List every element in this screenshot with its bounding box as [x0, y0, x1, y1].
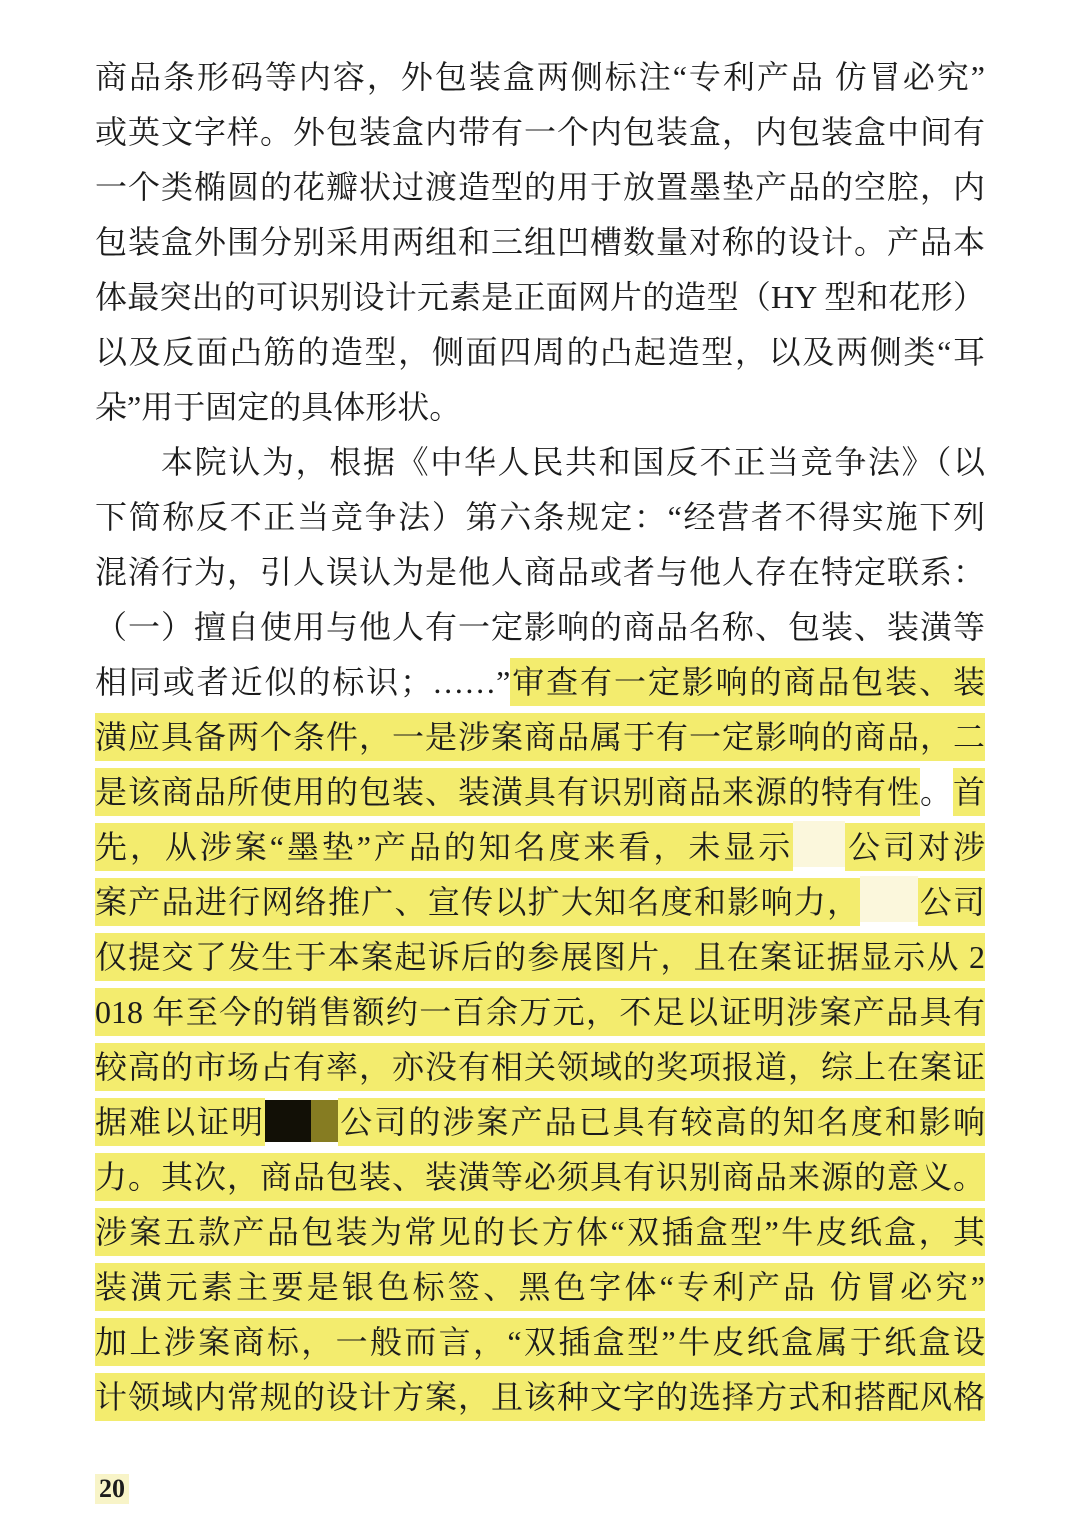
text-line: 商品条形码等内容，外包装盒两侧标注“专利产品 仿冒必究” — [95, 50, 985, 105]
highlighted-text: 公司的涉案产品已具有较高的知名度和影响 — [338, 1098, 985, 1146]
body-text: 混淆行为，引人误认为是他人商品或者与他人存在特定联系： — [95, 554, 985, 590]
body-text: 。 — [920, 774, 953, 810]
text-line: 较高的市场占有率，亦没有相关领域的奖项报道，综上在案证 — [95, 1040, 985, 1095]
highlighted-text: 装潢元素主要是银色标签、黑色字体“专利产品 仿冒必究” — [95, 1263, 985, 1311]
highlighted-text: 较高的市场占有率，亦没有相关领域的奖项报道，综上在案证 — [95, 1043, 985, 1091]
highlighted-text: 力。其次，商品包装、装潢等必须具有识别商品来源的意义。 — [95, 1153, 985, 1201]
highlighted-text: 案产品进行网络推广、宣传以扩大知名度和影响力， — [95, 878, 860, 926]
text-line: 仅提交了发生于本案起诉后的参展图片，且在案证据显示从 2 — [95, 930, 985, 985]
text-line: 力。其次，商品包装、装潢等必须具有识别商品来源的意义。 — [95, 1150, 985, 1205]
highlighted-text: 加上涉案商标，一般而言，“双插盒型”牛皮纸盒属于纸盒设 — [95, 1318, 985, 1366]
body-text: 体最突出的可识别设计元素是正面网片的造型（HY 型和花形） — [95, 279, 985, 315]
body-text: （一）擅自使用与他人有一定影响的商品名称、包装、装潢等 — [95, 609, 985, 645]
text-line: 涉案五款产品包装为常见的长方体“双插盒型”牛皮纸盒，其 — [95, 1205, 985, 1260]
redaction-box-pale — [793, 821, 845, 867]
redaction-box-olive — [311, 1100, 338, 1142]
text-line: 案产品进行网络推广、宣传以扩大知名度和影响力，公司 — [95, 875, 985, 930]
highlighted-text: 018 年至今的销售额约一百余万元，不足以证明涉案产品具有 — [95, 988, 985, 1036]
redaction-box-pale — [860, 876, 918, 922]
body-text: 相同或者近似的标识；……” — [95, 664, 510, 700]
body-text: 本院认为，根据《中华人民共和国反不正当竞争法》（以 — [161, 444, 985, 480]
text-line: 装潢元素主要是银色标签、黑色字体“专利产品 仿冒必究” — [95, 1260, 985, 1315]
highlighted-text: 潢应具备两个条件，一是涉案商品属于有一定影响的商品，二 — [95, 713, 985, 761]
highlighted-text: 是该商品所使用的包装、装潢具有识别商品来源的特有性 — [95, 768, 920, 816]
text-line: 相同或者近似的标识；……”审查有一定影响的商品包装、装 — [95, 655, 985, 710]
document-body: 商品条形码等内容，外包装盒两侧标注“专利产品 仿冒必究”或英文字样。外包装盒内带… — [95, 50, 985, 1425]
highlighted-text: 先，从涉案“墨垫”产品的知名度来看，未显示 — [95, 823, 793, 871]
highlighted-text: 仅提交了发生于本案起诉后的参展图片，且在案证据显示从 2 — [95, 933, 985, 981]
highlighted-text: 计领域内常规的设计方案，且该种文字的选择方式和搭配风格 — [95, 1373, 985, 1421]
body-text: 商品条形码等内容，外包装盒两侧标注“专利产品 仿冒必究” — [95, 59, 985, 95]
text-line: 据难以证明公司的涉案产品已具有较高的知名度和影响 — [95, 1095, 985, 1150]
highlighted-text: 据难以证明 — [95, 1098, 265, 1146]
body-text: 以及反面凸筋的造型，侧面四周的凸起造型，以及两侧类“耳 — [95, 334, 985, 370]
highlighted-text: 公司 — [918, 878, 985, 926]
text-line: 加上涉案商标，一般而言，“双插盒型”牛皮纸盒属于纸盒设 — [95, 1315, 985, 1370]
text-line: 包装盒外围分别采用两组和三组凹槽数量对称的设计。产品本 — [95, 215, 985, 270]
document-page: 商品条形码等内容，外包装盒两侧标注“专利产品 仿冒必究”或英文字样。外包装盒内带… — [95, 50, 985, 1425]
text-line: 混淆行为，引人误认为是他人商品或者与他人存在特定联系： — [95, 545, 985, 600]
text-line: 以及反面凸筋的造型，侧面四周的凸起造型，以及两侧类“耳 — [95, 325, 985, 380]
text-line: 计领域内常规的设计方案，且该种文字的选择方式和搭配风格 — [95, 1370, 985, 1425]
text-line: 或英文字样。外包装盒内带有一个内包装盒，内包装盒中间有 — [95, 105, 985, 160]
highlighted-text: 首 — [953, 768, 985, 816]
body-text: 下简称反不正当竞争法）第六条规定：“经营者不得实施下列 — [95, 499, 985, 535]
highlighted-text: 涉案五款产品包装为常见的长方体“双插盒型”牛皮纸盒，其 — [95, 1208, 985, 1256]
text-line: （一）擅自使用与他人有一定影响的商品名称、包装、装潢等 — [95, 600, 985, 655]
highlighted-text: 审查有一定影响的商品包装、装 — [510, 658, 985, 706]
text-line: 朵”用于固定的具体形状。 — [95, 380, 985, 435]
page-number: 20 — [95, 1474, 129, 1504]
highlighted-text: 公司对涉 — [845, 823, 985, 871]
body-text: 朵”用于固定的具体形状。 — [95, 389, 461, 425]
text-line: 本院认为，根据《中华人民共和国反不正当竞争法》（以 — [95, 435, 985, 490]
body-text: 包装盒外围分别采用两组和三组凹槽数量对称的设计。产品本 — [95, 224, 985, 260]
body-text: 一个类椭圆的花瓣状过渡造型的用于放置墨垫产品的空腔，内 — [95, 169, 985, 205]
text-line: 下简称反不正当竞争法）第六条规定：“经营者不得实施下列 — [95, 490, 985, 545]
text-line: 先，从涉案“墨垫”产品的知名度来看，未显示公司对涉 — [95, 820, 985, 875]
body-text: 或英文字样。外包装盒内带有一个内包装盒，内包装盒中间有 — [95, 114, 985, 150]
text-line: 体最突出的可识别设计元素是正面网片的造型（HY 型和花形） — [95, 270, 985, 325]
text-line: 是该商品所使用的包装、装潢具有识别商品来源的特有性。首 — [95, 765, 985, 820]
text-line: 018 年至今的销售额约一百余万元，不足以证明涉案产品具有 — [95, 985, 985, 1040]
text-line: 潢应具备两个条件，一是涉案商品属于有一定影响的商品，二 — [95, 710, 985, 765]
text-line: 一个类椭圆的花瓣状过渡造型的用于放置墨垫产品的空腔，内 — [95, 160, 985, 215]
redaction-box-black — [265, 1100, 311, 1142]
